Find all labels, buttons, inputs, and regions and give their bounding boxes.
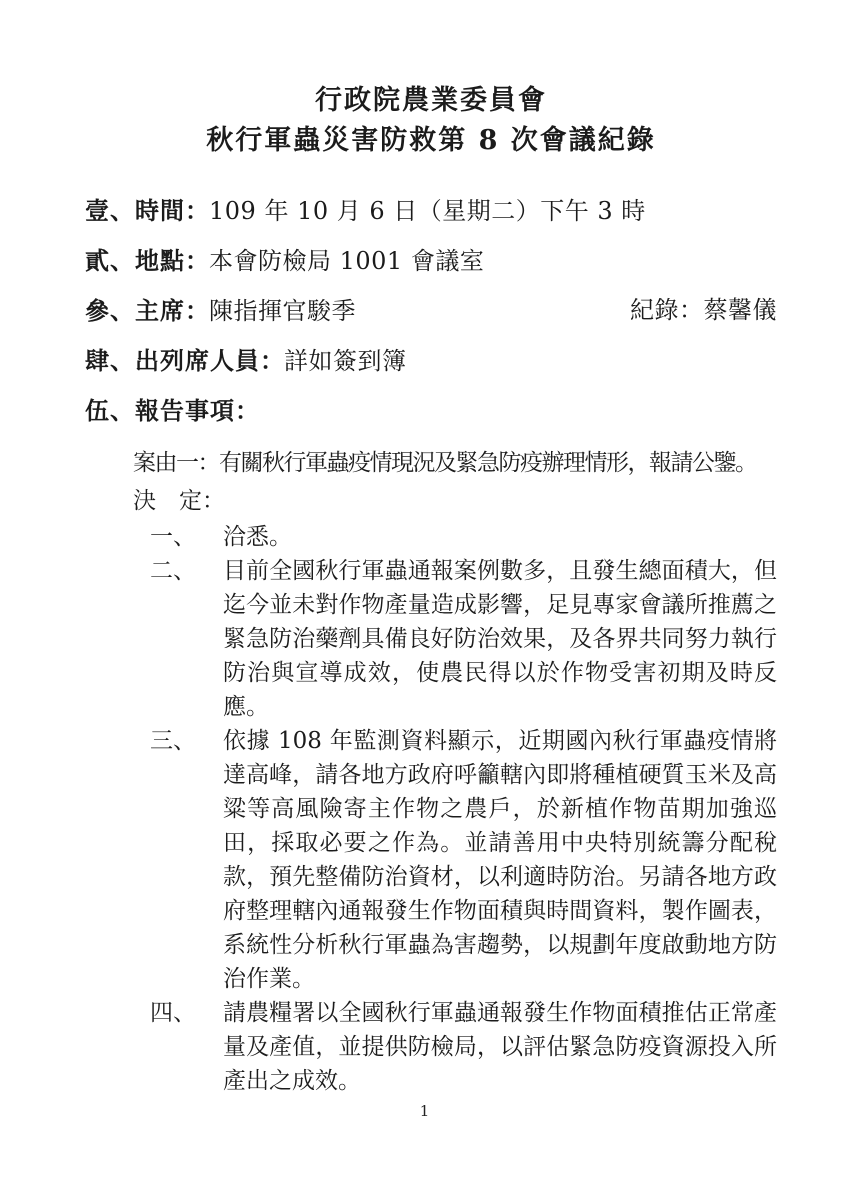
meta-row-report-heading: 伍、報告事項： [85,394,777,428]
chair-group: 參、主席：陳指揮官駿季 [85,294,356,328]
colon-separator: ： [185,246,209,275]
meta-label-chair: 參、主席 [85,296,185,325]
document-page: 行政院農業委員會 秋行軍蟲災害防救第 8 次會議紀錄 壹、時間：109 年 10… [0,0,849,1200]
meta-row-place: 貳、地點：本會防檢局 1001 會議室 [85,244,777,278]
meta-label-attendees: 肆、出列席人員 [85,346,260,375]
meta-label-report: 伍、報告事項 [85,396,235,425]
item-text: 目前全國秋行軍蟲通報案例數多，且發生總面積大，但迄今並未對作物產量造成影響，足見… [223,554,777,724]
item-number: 四、 [150,996,223,1098]
meta-label-place: 貳、地點 [85,246,185,275]
document-subtitle: 秋行軍蟲災害防救第 8 次會議紀錄 [85,124,777,158]
item-text: 請農糧署以全國秋行軍蟲通報發生作物面積推估正常產量及產值，並提供防檢局，以評估緊… [223,996,777,1098]
decision-item-1: 一、 洽悉。 [150,520,777,554]
decision-item-3: 三、 依據 108 年監測資料顯示，近期國內秋行軍蟲疫情將達高峰，請各地方政府呼… [150,724,777,996]
item-text: 依據 108 年監測資料顯示，近期國內秋行軍蟲疫情將達高峰，請各地方政府呼籲轄內… [223,724,777,996]
meta-label-time: 壹、時間 [85,196,185,225]
colon-separator: ： [679,296,704,324]
page-number: 1 [0,1102,849,1120]
item-number: 三、 [150,724,223,996]
report-section: 案由一：有關秋行軍蟲疫情現況及緊急防疫辦理情形，報請公鑒。 決 定： 一、 洽悉… [133,444,777,1098]
document-title: 行政院農業委員會 [85,84,777,118]
decision-label: 決 定： [133,482,777,520]
recorder-label: 紀錄 [630,296,679,324]
meta-row-time: 壹、時間：109 年 10 月 6 日（星期二）下午 3 時 [85,194,777,228]
item-text: 洽悉。 [223,520,777,554]
colon-separator: ： [185,296,209,325]
meta-value-place: 本會防檢局 1001 會議室 [209,247,484,275]
case-title: 案由一：有關秋行軍蟲疫情現況及緊急防疫辦理情形，報請公鑒。 [133,444,777,482]
meta-row-chair: 參、主席：陳指揮官駿季 紀錄：蔡馨儀 [85,294,777,328]
recorder-group: 紀錄：蔡馨儀 [630,294,777,328]
decision-list: 一、 洽悉。 二、 目前全國秋行軍蟲通報案例數多，且發生總面積大，但迄今並未對作… [150,520,777,1098]
decision-item-4: 四、 請農糧署以全國秋行軍蟲通報發生作物面積推估正常產量及產值，並提供防檢局，以… [150,996,777,1098]
decision-item-2: 二、 目前全國秋行軍蟲通報案例數多，且發生總面積大，但迄今並未對作物產量造成影響… [150,554,777,724]
item-number: 一、 [150,520,223,554]
meta-row-attendees: 肆、出列席人員：詳如簽到簿 [85,344,777,378]
meta-value-time: 109 年 10 月 6 日（星期二）下午 3 時 [209,197,646,225]
recorder-name: 蔡馨儀 [704,296,778,324]
item-number: 二、 [150,554,223,724]
meta-value-attendees: 詳如簽到簿 [284,347,407,375]
colon-separator: ： [260,346,284,375]
colon-separator: ： [235,396,259,425]
meta-section: 壹、時間：109 年 10 月 6 日（星期二）下午 3 時 貳、地點：本會防檢… [85,194,777,428]
colon-separator: ： [185,196,209,225]
meta-value-chair: 陳指揮官駿季 [209,297,356,325]
